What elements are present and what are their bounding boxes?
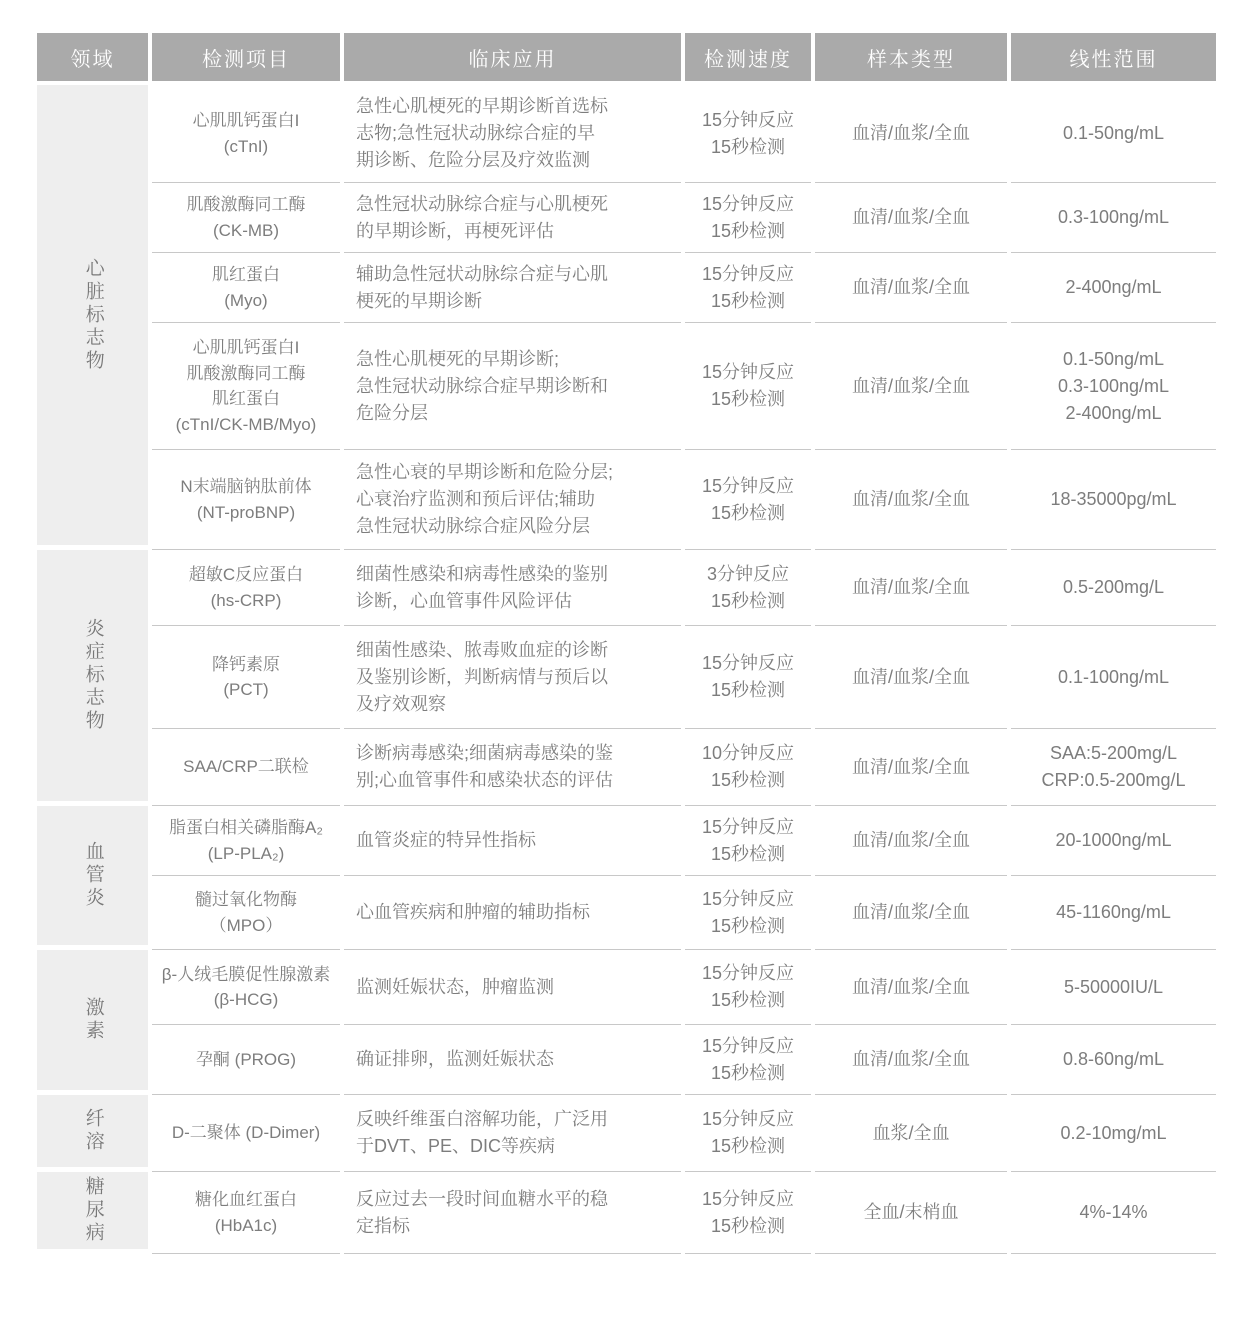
application-cell: 急性冠状动脉综合症与心肌梗死 的早期诊断，再梗死评估 xyxy=(344,183,681,253)
speed-cell: 15分钟反应 15秒检测 xyxy=(685,450,811,550)
range-cell: 0.2-10mg/mL xyxy=(1011,1095,1216,1172)
sample-cell: 全血/末梢血 xyxy=(815,1172,1007,1254)
speed-cell: 15分钟反应 15秒检测 xyxy=(685,253,811,323)
item-cell: 孕酮 (PROG) xyxy=(152,1025,340,1095)
speed-cell: 15分钟反应 15秒检测 xyxy=(685,626,811,729)
application-cell: 确证排卵，监测妊娠状态 xyxy=(344,1025,681,1095)
item-cell: 心肌肌钙蛋白I (cTnI) xyxy=(152,85,340,183)
assay-table: 领域 检测项目 临床应用 检测速度 样本类型 线性范围 心脏标志物 炎症标志物 … xyxy=(37,33,1216,1254)
col-header-range: 线性范围 xyxy=(1011,33,1216,81)
col-header-item: 检测项目 xyxy=(152,33,340,81)
range-cell: 5-50000IU/L xyxy=(1011,950,1216,1025)
speed-cell: 15分钟反应 15秒检测 xyxy=(685,1172,811,1254)
application-cell: 细菌性感染、脓毒败血症的诊断 及鉴别诊断，判断病情与预后以 及疗效观察 xyxy=(344,626,681,729)
sample-cell: 血浆/全血 xyxy=(815,1095,1007,1172)
speed-cell: 15分钟反应 15秒检测 xyxy=(685,85,811,183)
sample-cell: 血清/血浆/全血 xyxy=(815,183,1007,253)
sample-cell: 血清/血浆/全血 xyxy=(815,323,1007,450)
speed-cell: 15分钟反应 15秒检测 xyxy=(685,323,811,450)
item-cell: D-二聚体 (D-Dimer) xyxy=(152,1095,340,1172)
speed-cell: 10分钟反应 15秒检测 xyxy=(685,729,811,806)
speed-cell: 15分钟反应 15秒检测 xyxy=(685,1095,811,1172)
sample-cell: 血清/血浆/全血 xyxy=(815,626,1007,729)
sample-cell: 血清/血浆/全血 xyxy=(815,729,1007,806)
domain-group-cardiac: 心脏标志物 xyxy=(37,85,148,550)
application-cell: 急性心衰的早期诊断和危险分层; 心衰治疗监测和预后评估;辅助 急性冠状动脉综合症… xyxy=(344,450,681,550)
col-header-speed: 检测速度 xyxy=(685,33,811,81)
application-cell: 急性心肌梗死的早期诊断首选标 志物;急性冠状动脉综合症的早 期诊断、危险分层及疗… xyxy=(344,85,681,183)
range-cell: 0.3-100ng/mL xyxy=(1011,183,1216,253)
domain-group-diabetes: 糖尿病 xyxy=(37,1172,148,1254)
domain-group-inflammation: 炎症标志物 xyxy=(37,550,148,806)
range-cell: 45-1160ng/mL xyxy=(1011,876,1216,950)
item-cell: 肌酸激酶同工酶 (CK-MB) xyxy=(152,183,340,253)
item-cell: 超敏C反应蛋白 (hs-CRP) xyxy=(152,550,340,626)
item-cell: 肌红蛋白 (Myo) xyxy=(152,253,340,323)
speed-cell: 15分钟反应 15秒检测 xyxy=(685,183,811,253)
sample-cell: 血清/血浆/全血 xyxy=(815,806,1007,876)
sample-cell: 血清/血浆/全血 xyxy=(815,1025,1007,1095)
application-cell: 反映纤维蛋白溶解功能，广泛用 于DVT、PE、DIC等疾病 xyxy=(344,1095,681,1172)
item-cell: N末端脑钠肽前体 (NT-proBNP) xyxy=(152,450,340,550)
speed-cell: 15分钟反应 15秒检测 xyxy=(685,806,811,876)
speed-cell: 3分钟反应 15秒检测 xyxy=(685,550,811,626)
sample-cell: 血清/血浆/全血 xyxy=(815,950,1007,1025)
domain-group-vasculitis: 血管炎 xyxy=(37,806,148,950)
range-cell: 0.1-100ng/mL xyxy=(1011,626,1216,729)
application-cell: 细菌性感染和病毒性感染的鉴别 诊断，心血管事件风险评估 xyxy=(344,550,681,626)
application-cell: 辅助急性冠状动脉综合症与心肌 梗死的早期诊断 xyxy=(344,253,681,323)
sample-cell: 血清/血浆/全血 xyxy=(815,450,1007,550)
item-cell: 脂蛋白相关磷脂酶A₂ (LP-PLA₂) xyxy=(152,806,340,876)
sample-cell: 血清/血浆/全血 xyxy=(815,550,1007,626)
col-header-domain: 领域 xyxy=(37,33,148,81)
application-cell: 反应过去一段时间血糖水平的稳 定指标 xyxy=(344,1172,681,1254)
sample-cell: 血清/血浆/全血 xyxy=(815,253,1007,323)
col-header-application: 临床应用 xyxy=(344,33,681,81)
domain-group-hormone: 激素 xyxy=(37,950,148,1095)
range-cell: 0.1-50ng/mL xyxy=(1011,85,1216,183)
application-cell: 血管炎症的特异性指标 xyxy=(344,806,681,876)
item-cell: SAA/CRP二联检 xyxy=(152,729,340,806)
speed-cell: 15分钟反应 15秒检测 xyxy=(685,950,811,1025)
item-cell: 糖化血红蛋白 (HbA1c) xyxy=(152,1172,340,1254)
range-cell: 18-35000pg/mL xyxy=(1011,450,1216,550)
col-header-sample: 样本类型 xyxy=(815,33,1007,81)
sample-cell: 血清/血浆/全血 xyxy=(815,85,1007,183)
item-cell: 降钙素原 (PCT) xyxy=(152,626,340,729)
range-cell: SAA:5-200mg/L CRP:0.5-200mg/L xyxy=(1011,729,1216,806)
item-cell: β-人绒毛膜促性腺激素 (β-HCG) xyxy=(152,950,340,1025)
item-cell: 心肌肌钙蛋白I 肌酸激酶同工酶 肌红蛋白 (cTnI/CK-MB/Myo) xyxy=(152,323,340,450)
application-cell: 急性心肌梗死的早期诊断; 急性冠状动脉综合症早期诊断和 危险分层 xyxy=(344,323,681,450)
application-cell: 心血管疾病和肿瘤的辅助指标 xyxy=(344,876,681,950)
range-cell: 0.1-50ng/mL 0.3-100ng/mL 2-400ng/mL xyxy=(1011,323,1216,450)
speed-cell: 15分钟反应 15秒检测 xyxy=(685,1025,811,1095)
item-cell: 髓过氧化物酶 （MPO） xyxy=(152,876,340,950)
sample-cell: 血清/血浆/全血 xyxy=(815,876,1007,950)
range-cell: 4%-14% xyxy=(1011,1172,1216,1254)
range-cell: 2-400ng/mL xyxy=(1011,253,1216,323)
range-cell: 0.8-60ng/mL xyxy=(1011,1025,1216,1095)
application-cell: 诊断病毒感染;细菌病毒感染的鉴 别;心血管事件和感染状态的评估 xyxy=(344,729,681,806)
range-cell: 20-1000ng/mL xyxy=(1011,806,1216,876)
domain-group-fibrinolysis: 纤溶 xyxy=(37,1095,148,1172)
speed-cell: 15分钟反应 15秒检测 xyxy=(685,876,811,950)
application-cell: 监测妊娠状态，肿瘤监测 xyxy=(344,950,681,1025)
range-cell: 0.5-200mg/L xyxy=(1011,550,1216,626)
